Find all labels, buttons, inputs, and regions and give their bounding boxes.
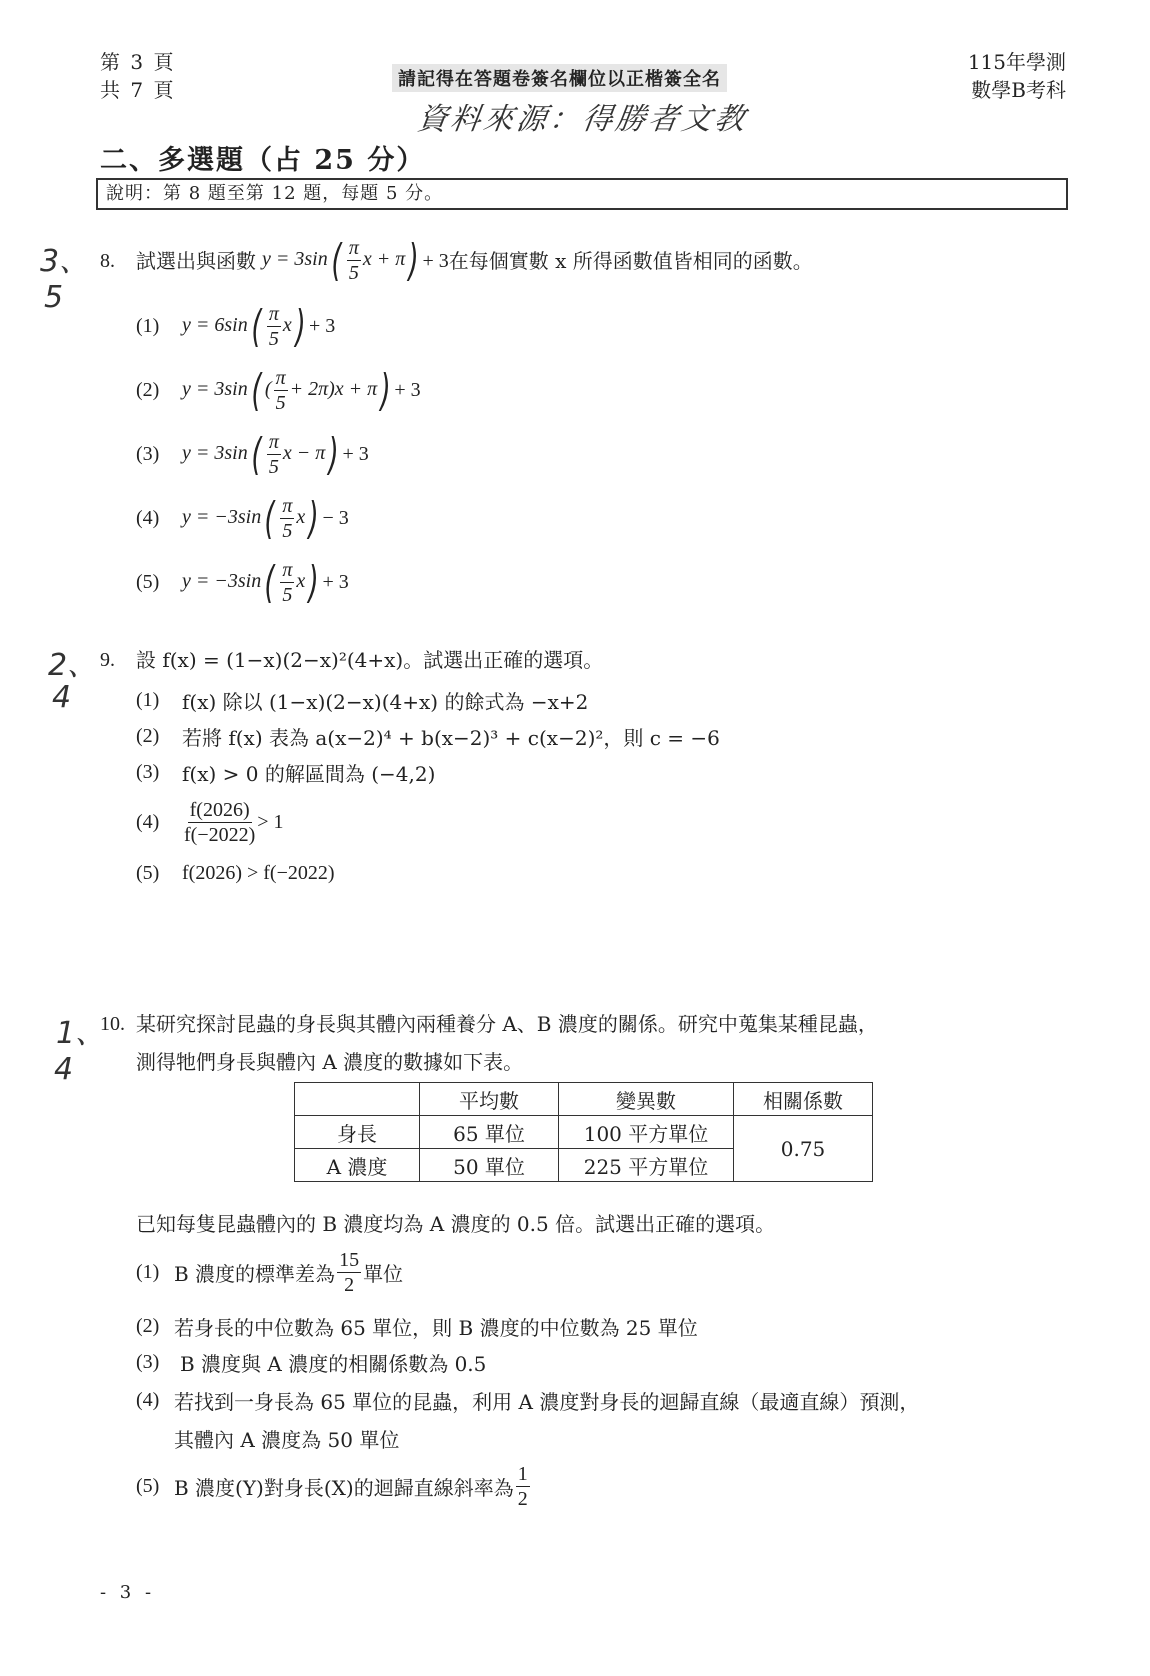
- signature-notice: 請記得在答題卷簽名欄位以正楷簽全名: [392, 64, 727, 92]
- question-number: 9.: [100, 646, 136, 674]
- page-current: 第 3 頁: [100, 48, 175, 76]
- question-9-stem: 9. 設 f(x) = (1−x)(2−x)²(4+x)。試選出正確的選項。: [100, 646, 603, 674]
- handwritten-answer-q10-b: 4: [54, 1052, 73, 1087]
- q10-option-4[interactable]: (4) 若找到一身長為 65 單位的昆蟲，利用 A 濃度對身長的迴歸直線（最適直…: [136, 1386, 919, 1415]
- question-10-stem-line1: 10. 某研究探討昆蟲的身長與其體內兩種養分 A、B 濃度的關係。研究中蒐集某種…: [100, 1010, 878, 1038]
- handwritten-answer-q9-a: 2、: [48, 640, 97, 684]
- q8-option-5[interactable]: (5) y = −3sin(π5x)+ 3: [136, 560, 349, 605]
- stem-formula: y = 3sin(π5x + π): [262, 238, 423, 283]
- q8-option-4[interactable]: (4) y = −3sin(π5x)− 3: [136, 496, 349, 541]
- q9-option-4[interactable]: (4) f(2026)f(−2022) > 1: [136, 800, 284, 845]
- page-total: 共 7 頁: [100, 76, 175, 104]
- section-note: 說明：第 8 題至第 12 題，每題 5 分。: [96, 178, 1068, 210]
- table-header-row: 平均數 變異數 相關係數: [295, 1083, 873, 1116]
- page-indicator: 第 3 頁 共 7 頁: [100, 48, 175, 104]
- question-number: 8.: [100, 247, 136, 275]
- section-title: 二、多選題（占 25 分）: [100, 138, 425, 177]
- stem-suffix: 在每個實數 x 所得函數值皆相同的函數。: [449, 247, 813, 275]
- q10-option-4-line2: 其體內 A 濃度為 50 單位: [174, 1424, 399, 1453]
- data-table: 平均數 變異數 相關係數 身長 65 單位 100 平方單位 0.75 A 濃度…: [294, 1082, 873, 1182]
- question-10-stem-line2: 測得牠們身長與體內 A 濃度的數據如下表。: [136, 1048, 523, 1076]
- exam-year: 115年學測: [968, 48, 1066, 76]
- handwritten-answer-q8-b: 5: [44, 280, 63, 315]
- handwritten-answer-q9-b: 4: [52, 680, 71, 715]
- q10-option-2[interactable]: (2) 若身長的中位數為 65 單位，則 B 濃度的中位數為 25 單位: [136, 1312, 698, 1341]
- page-number-footer: - 3 -: [100, 1582, 155, 1603]
- exam-info: 115年學測 數學B考科: [968, 48, 1066, 104]
- q8-option-1[interactable]: (1) y = 6sin(π5x)+ 3: [136, 304, 335, 349]
- exam-subject: 數學B考科: [968, 76, 1066, 104]
- q9-option-1[interactable]: (1) f(x) 除以 (1−x)(2−x)(4+x) 的餘式為 −x+2: [136, 686, 588, 715]
- q9-option-5[interactable]: (5) f(2026) > f(−2022): [136, 862, 335, 885]
- q10-option-5[interactable]: (5) B 濃度(Y)對身長(X)的迴歸直線斜率為 12: [136, 1464, 532, 1509]
- q8-option-3[interactable]: (3) y = 3sin(π5x − π)+ 3: [136, 432, 369, 477]
- question-10-stem-after: 已知每隻昆蟲體內的 B 濃度均為 A 濃度的 0.5 倍。試選出正確的選項。: [136, 1210, 775, 1238]
- handwritten-answer-q10-a: 1、: [56, 1008, 105, 1052]
- q9-option-2[interactable]: (2) 若將 f(x) 表為 a(x−2)⁴ + b(x−2)³ + c(x−2…: [136, 722, 720, 751]
- q10-option-1[interactable]: (1) B 濃度的標準差為 152 單位: [136, 1250, 403, 1295]
- correlation-cell: 0.75: [734, 1116, 873, 1182]
- q9-option-3[interactable]: (3) f(x) > 0 的解區間為 (−4,2): [136, 758, 435, 787]
- table-row: 身長 65 單位 100 平方單位 0.75: [295, 1116, 873, 1149]
- handwritten-answer-q8-a: 3、: [40, 236, 89, 280]
- handwritten-source: 資料來源：得勝者文教: [415, 94, 751, 138]
- q8-option-2[interactable]: (2) y = 3sin((π5+ 2π)x + π)+ 3: [136, 368, 421, 413]
- stem-prefix: 試選出與函數: [136, 247, 256, 275]
- q10-option-3[interactable]: (3) B 濃度與 A 濃度的相關係數為 0.5: [136, 1348, 486, 1377]
- question-8-stem: 8. 試選出與函數 y = 3sin(π5x + π)+ 3 在每個實數 x 所…: [100, 238, 813, 283]
- stem-text: 設 f(x) = (1−x)(2−x)²(4+x)。試選出正確的選項。: [136, 646, 603, 674]
- question-number: 10.: [100, 1010, 136, 1038]
